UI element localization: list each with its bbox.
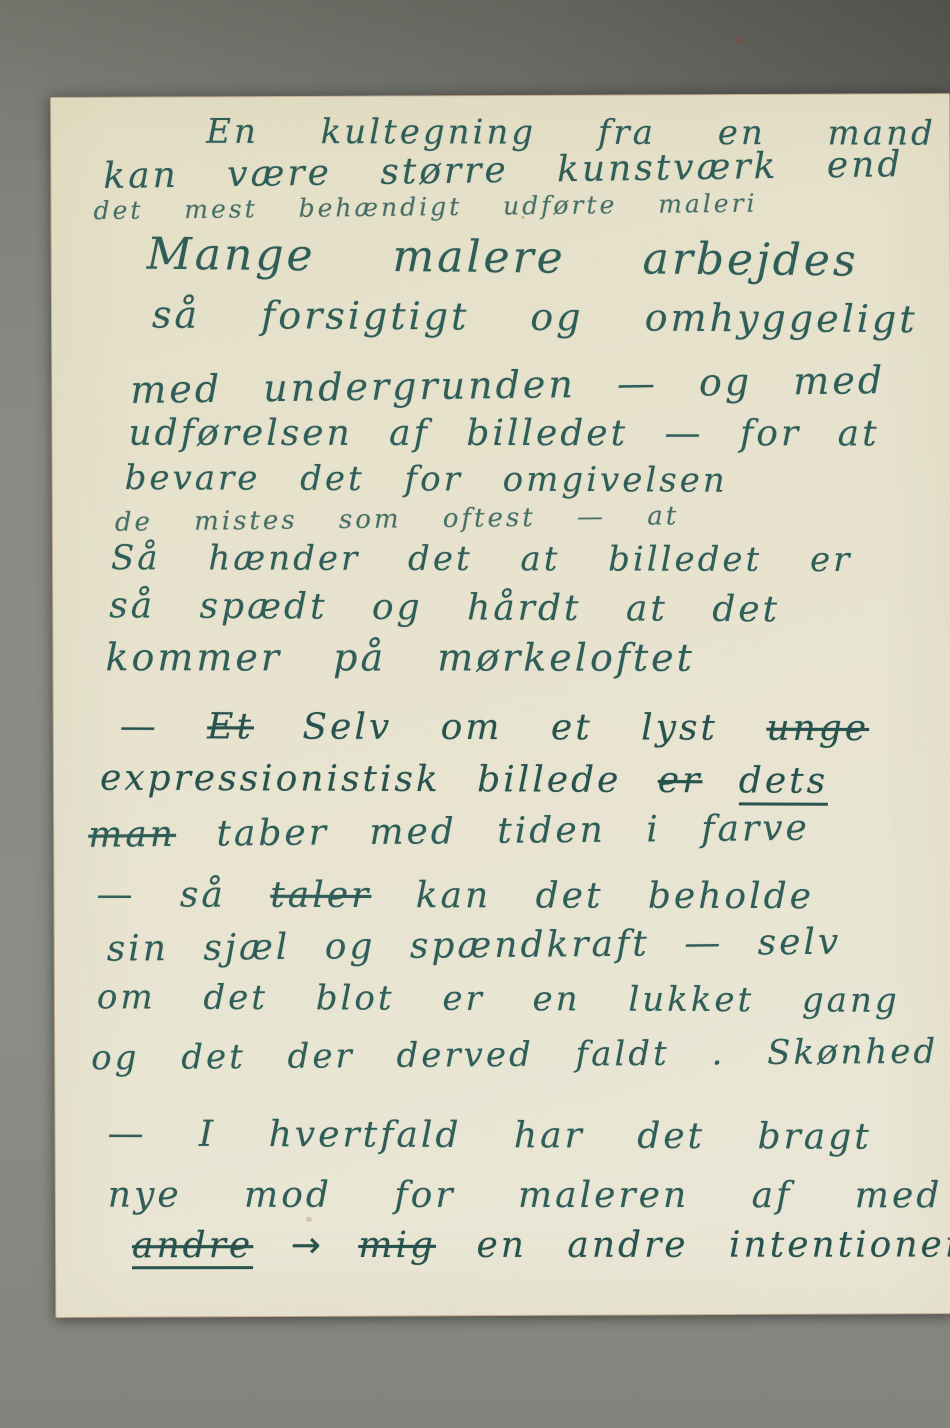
handwritten-line-with-strikethrough: man taber med tiden i farve	[88, 811, 810, 854]
handwritten-line: udførelsen af billedet — for at	[128, 416, 879, 453]
handwritten-segment: taber med tiden i farve	[176, 808, 810, 855]
handwritten-segment: en andre intentioner	[436, 1224, 950, 1265]
handwritten-segment: —	[120, 706, 208, 747]
handwritten-line: Mange malere arbejdes	[147, 233, 859, 284]
handwritten-line: de mistes som oftest — at	[115, 503, 680, 535]
handwritten-line: og det der derved faldt . Skønhed	[91, 1035, 938, 1076]
handwritten-line-with-correction: andre → mig en andre intentioner	[132, 1227, 950, 1264]
handwritten-line-with-strikethrough: — Et Selv om et lyst unge	[120, 709, 869, 747]
paper-speck	[306, 1217, 312, 1222]
struck-word: mig	[358, 1225, 436, 1266]
handwritten-line: det mest behændigt udførte maleri	[93, 191, 757, 224]
background-speck	[737, 38, 742, 43]
handwritten-segment: — så	[96, 874, 270, 915]
handwritten-line: om det blot er en lukket gang	[97, 980, 900, 1018]
handwritten-segment: Selv om et lyst	[254, 706, 767, 748]
underlined-word: dets	[739, 760, 828, 805]
struck-word: er	[658, 760, 703, 801]
handwritten-line: kan være større kunstværk end	[103, 147, 904, 195]
handwritten-line: — I hvertfald har det bragt	[107, 1116, 871, 1155]
handwritten-line: så spædt og hårdt at det	[109, 588, 780, 628]
handwritten-line: Så hænder det at billedet er	[111, 541, 852, 577]
handwritten-line-with-strikethrough: — så taler kan det beholde	[96, 877, 814, 915]
struck-word: taler	[270, 875, 371, 916]
struck-word: man	[88, 814, 176, 856]
struck-word: Et	[207, 706, 254, 747]
struck-word: unge	[766, 708, 869, 749]
handwritten-segment: expressionistisk billede	[100, 758, 658, 801]
photograph-background: En kultegning fra en mand kan være størr…	[0, 0, 950, 1428]
handwritten-line: så forsigtigt og omhyggeligt	[152, 296, 918, 339]
handwritten-line: bevare det for omgivelsen	[125, 461, 728, 498]
handwritten-line: sin sjæl og spændkraft — selv	[107, 925, 842, 968]
manuscript-page: En kultegning fra en mand kan være størr…	[50, 93, 950, 1318]
struck-word: andre	[132, 1225, 253, 1269]
handwritten-line: nye mod for maleren af med	[108, 1178, 943, 1215]
handwritten-line: med undergrunden — og med	[130, 361, 885, 409]
handwritten-segment: kan det beholde	[371, 875, 814, 917]
handwritten-segment	[702, 760, 739, 801]
handwritten-line-with-underline: expressionistisk billede er dets	[100, 761, 828, 800]
correction-arrow: →	[253, 1225, 358, 1266]
handwritten-line: kommer på mørkeloftet	[105, 638, 695, 677]
